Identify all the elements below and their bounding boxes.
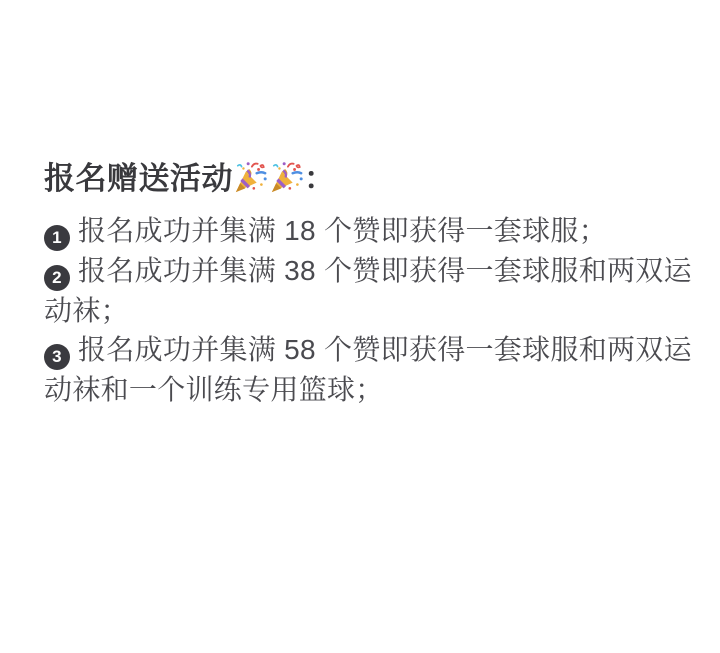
benefit-item-1: 1报名成功并集满 18 个赞即获得一套球服； <box>44 211 706 251</box>
benefit-item-3: 3报名成功并集满 58 个赞即获得一套球服和两双运动袜和一个训练专用篮球； <box>44 330 706 409</box>
item-number-badge-1: 1 <box>44 225 70 251</box>
page-title: 报名赠送活动 <box>44 156 700 201</box>
title-text: 报名赠送活动 <box>44 161 233 196</box>
party-popper-icon <box>270 160 304 194</box>
benefit-item-2-line-1: 报名成功并集满 38 个赞即获得一套球服和两双运 <box>78 255 692 286</box>
article-page: 报名赠送活动 <box>0 0 720 653</box>
title-colon: ： <box>304 161 336 196</box>
benefit-item-3-line-2: 动袜和一个训练专用篮球； <box>44 374 384 405</box>
benefit-item-1-line-1: 报名成功并集满 18 个赞即获得一套球服； <box>78 215 607 246</box>
benefit-item-3-line-1: 报名成功并集满 58 个赞即获得一套球服和两双运 <box>78 334 692 365</box>
item-number-badge-2: 2 <box>44 265 70 291</box>
benefit-item-2-line-2: 动袜； <box>44 295 129 326</box>
item-number-badge-3: 3 <box>44 344 70 370</box>
benefit-item-2: 2报名成功并集满 38 个赞即获得一套球服和两双运动袜； <box>44 251 706 330</box>
party-popper-icon <box>234 160 268 194</box>
benefit-list: 1报名成功并集满 18 个赞即获得一套球服； 2报名成功并集满 38 个赞即获得… <box>44 211 706 409</box>
